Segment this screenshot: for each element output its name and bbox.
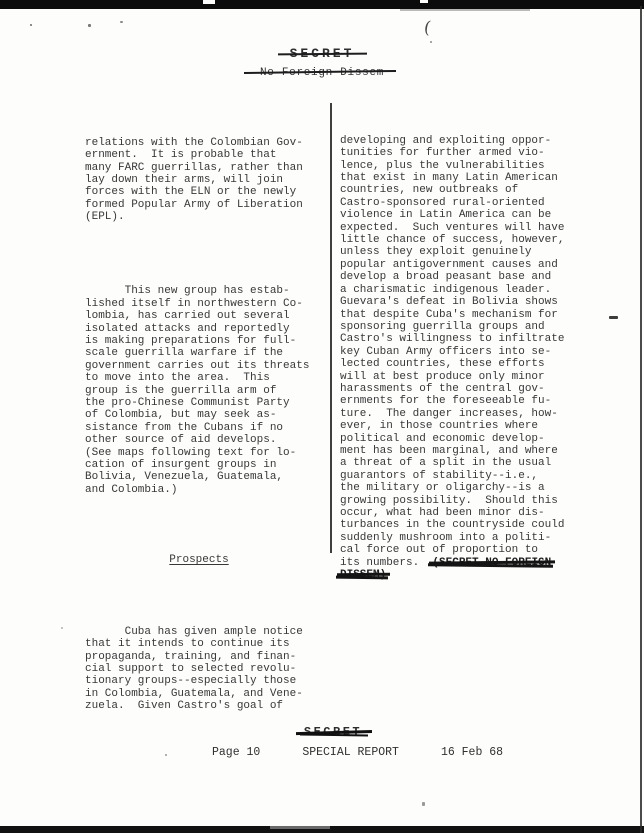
footer-classification-block: SECRET [0,722,644,740]
scan-speck [430,41,432,43]
scan-notch [203,0,215,4]
scan-speck [609,316,618,319]
scan-speck [61,627,63,629]
column-divider-rule [330,103,332,553]
scan-speck [120,21,123,23]
footer-caption-row: Page 10 SPECIAL REPORT 16 Feb 68 [212,746,503,759]
left-column: relations with the Colombian Gov- ernmen… [85,112,317,738]
section-heading-prospects: Prospects [85,554,313,566]
paragraph: relations with the Colombian Gov- ernmen… [85,137,317,224]
scan-smudge [400,9,530,11]
page-number-label: Page 10 [212,746,260,759]
scan-speck [30,24,32,26]
struck-classification-line-2: DISSEM) [340,569,386,581]
paragraph: developing and exploiting oppor- tunitie… [340,135,578,582]
scan-notch [420,0,428,3]
paragraph: This new group has estab- lished itself … [85,285,317,496]
pen-mark: ( [422,18,432,39]
scan-edge-top [0,0,644,9]
scan-speck [165,754,167,756]
scan-edge-right [640,6,642,833]
right-column: developing and exploiting oppor- tunitie… [340,110,578,606]
scan-speck [88,24,91,27]
struck-classification-line-1: (SECRET NO FOREIGN [432,557,551,569]
paragraph-text: developing and exploiting oppor- tunitie… [340,135,564,569]
scan-edge-bottom [0,826,644,833]
report-title-label: SPECIAL REPORT [302,746,399,759]
scan-speck [422,802,425,806]
paragraph: Cuba has given ample notice that it inte… [85,626,317,713]
document-page: SECRET No Foreign Dissem relations with … [0,0,644,833]
header-classification-block: SECRET No Foreign Dissem [0,44,644,80]
scan-smudge [270,826,330,829]
date-label: 16 Feb 68 [441,746,503,759]
